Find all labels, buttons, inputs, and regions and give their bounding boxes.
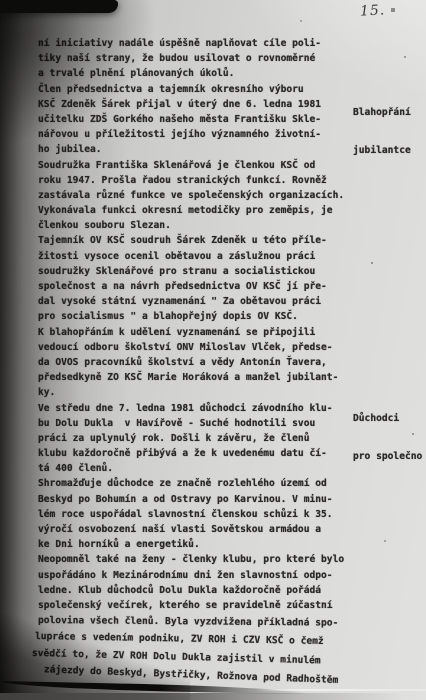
page-bottom-edge-highlight (255, 689, 426, 691)
scan-corner-blob (0, 0, 118, 13)
text-line: nářovou u příležitosti jejího významného… (38, 127, 346, 142)
text-line: Vykonávala funkci okresní metodičky pro … (38, 203, 346, 218)
text-line: tiky naší strany, že budou usilovat o ro… (38, 51, 346, 66)
text-line: soudružky Sklenářové pro stranu a social… (38, 264, 346, 279)
text-line: KSČ Zdeněk Šárek přijal v úterý dne 6. l… (38, 97, 346, 112)
text-line: členkou souboru Slezan. (38, 218, 346, 233)
text-line: vedoucí odboru školství ONV Miloslav Vlč… (38, 340, 346, 355)
text-line: práci za uplynulý rok. Došli k závěru, ž… (38, 431, 346, 446)
text-line: K blahopřáním k udělení vyznamenání se p… (38, 325, 346, 340)
text-line: společenský večírek, kterého se pravidel… (38, 598, 346, 613)
text-line: lém roce uspořádal slavnostní členskou s… (38, 507, 346, 522)
text-line: Neopomněl také na ženy - členky klubu, p… (38, 552, 346, 567)
text-line: zastávala různé funkce ve společenských … (38, 188, 346, 203)
text-line: bu Dolu Dukla v Havířově - Suché hodnoti… (38, 416, 346, 431)
text-line: ní iniciativy nadále úspěšně naplňovat c… (38, 36, 346, 51)
text-line: ky. (38, 385, 346, 400)
text-line: ledne. Klub důchodců Dolu Dukla každoroč… (38, 583, 346, 598)
body-text: ní iniciativy nadále úspěšně naplňovat c… (38, 36, 346, 674)
text-line: ho jubilea. (38, 142, 346, 157)
text-line: Člen předsednictva a tajemník okresního … (38, 82, 346, 97)
text-line: polovina všech členů. Byla vyzdvižena př… (38, 613, 346, 631)
text-line: da OVOS pracovníků školství a vědy Anton… (38, 355, 346, 370)
text-line: tá 400 členů. (38, 461, 346, 476)
text-line: klubu každoročně přibývá a že k uvedeném… (38, 446, 346, 461)
text-line: Soudružka Františka Sklenářová je členko… (38, 158, 346, 173)
page-number: 15. (360, 2, 386, 19)
text-line: Ve středu dne 7. ledna 1981 důchodci záv… (38, 401, 346, 416)
text-line: výročí osvobození naší vlasti Sovětskou … (38, 522, 346, 537)
text-line: společnost a na návrh předsednictva OV K… (38, 279, 346, 294)
scan-bottom-band (0, 693, 426, 700)
scanned-page: 15. ní iniciativy nadále úspěšně naplňov… (0, 0, 426, 700)
text-line: žitosti vysoce ocenil obětavou a záslužn… (38, 249, 346, 264)
text-line: ke Dni horníků a energetiků. (38, 537, 346, 552)
margin-note-line: Důchodci (353, 413, 422, 426)
text-line: dal vysoké státní vyznamenání " Za oběta… (38, 294, 346, 309)
margin-note-line: Blahopřání (353, 107, 411, 120)
text-line: a trvalé plnění plánovaných úkolů. (38, 66, 346, 81)
text-line: Beskyd po Bohumín a od Ostravy po Karvin… (38, 492, 346, 507)
text-line: uspořádáno k Mezinárodnímu dni žen slavn… (38, 568, 346, 583)
text-line: předsedkyně ZO KSČ Marie Horáková a manž… (38, 370, 346, 385)
margin-note-jubilee: Blahopřání jubilantce (353, 82, 411, 182)
text-line: Tajemník OV KSČ soudruh Šárek Zdeněk u t… (38, 233, 346, 248)
margin-note-pensioners: Důchodci pro společno (353, 388, 422, 488)
margin-note-line: jubilantce (353, 145, 411, 158)
text-line: roku 1947. Prošla řadou stranických funk… (38, 173, 346, 188)
text-line: pro socialismus " a blahopřejný dopis OV… (38, 309, 346, 324)
text-line: Shromažďuje důchodce ze značně rozlehléh… (38, 476, 346, 491)
text-line: učitelku ZDŠ Gorkého našeho města Franti… (38, 112, 346, 127)
margin-note-line: pro společno (353, 451, 422, 464)
